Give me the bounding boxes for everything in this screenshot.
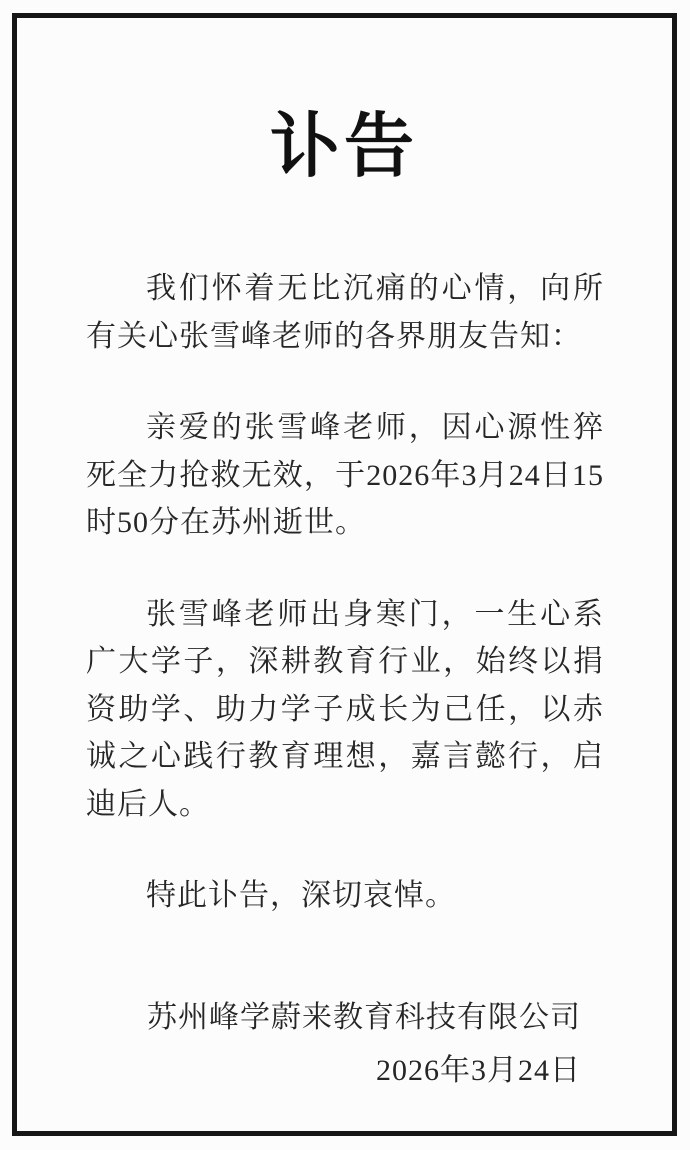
signature-block: 苏州峰学蔚来教育科技有限公司 2026年3月24日 xyxy=(147,998,581,1091)
notice-paragraph-biography: 张雪峰老师出身寒门，一生心系广大学子，深耕教育行业，始终以捐资助学、助力学子成长… xyxy=(86,591,604,829)
notice-paragraph-intro: 我们怀着无比沉痛的心情，向所有关心张雪峰老师的各界朋友告知： xyxy=(86,265,604,360)
signature-date: 2026年3月24日 xyxy=(147,1051,581,1091)
obituary-notice-page: 讣告 我们怀着无比沉痛的心情，向所有关心张雪峰老师的各界朋友告知： 亲爱的张雪峰… xyxy=(0,0,690,1150)
notice-content: 讣告 我们怀着无比沉痛的心情，向所有关心张雪峰老师的各界朋友告知： 亲爱的张雪峰… xyxy=(34,36,654,1112)
notice-title: 讣告 xyxy=(34,108,654,185)
notice-body: 我们怀着无比沉痛的心情，向所有关心张雪峰老师的各界朋友告知： 亲爱的张雪峰老师，… xyxy=(86,265,604,920)
signature-company-name: 苏州峰学蔚来教育科技有限公司 xyxy=(147,998,581,1038)
notice-paragraph-condolence: 特此讣告，深切哀悼。 xyxy=(86,872,604,920)
notice-paragraph-death-announcement: 亲爱的张雪峰老师，因心源性猝死全力抢救无效，于2026年3月24日15时50分在… xyxy=(86,404,604,547)
notice-border-frame: 讣告 我们怀着无比沉痛的心情，向所有关心张雪峰老师的各界朋友告知： 亲爱的张雪峰… xyxy=(12,13,677,1136)
